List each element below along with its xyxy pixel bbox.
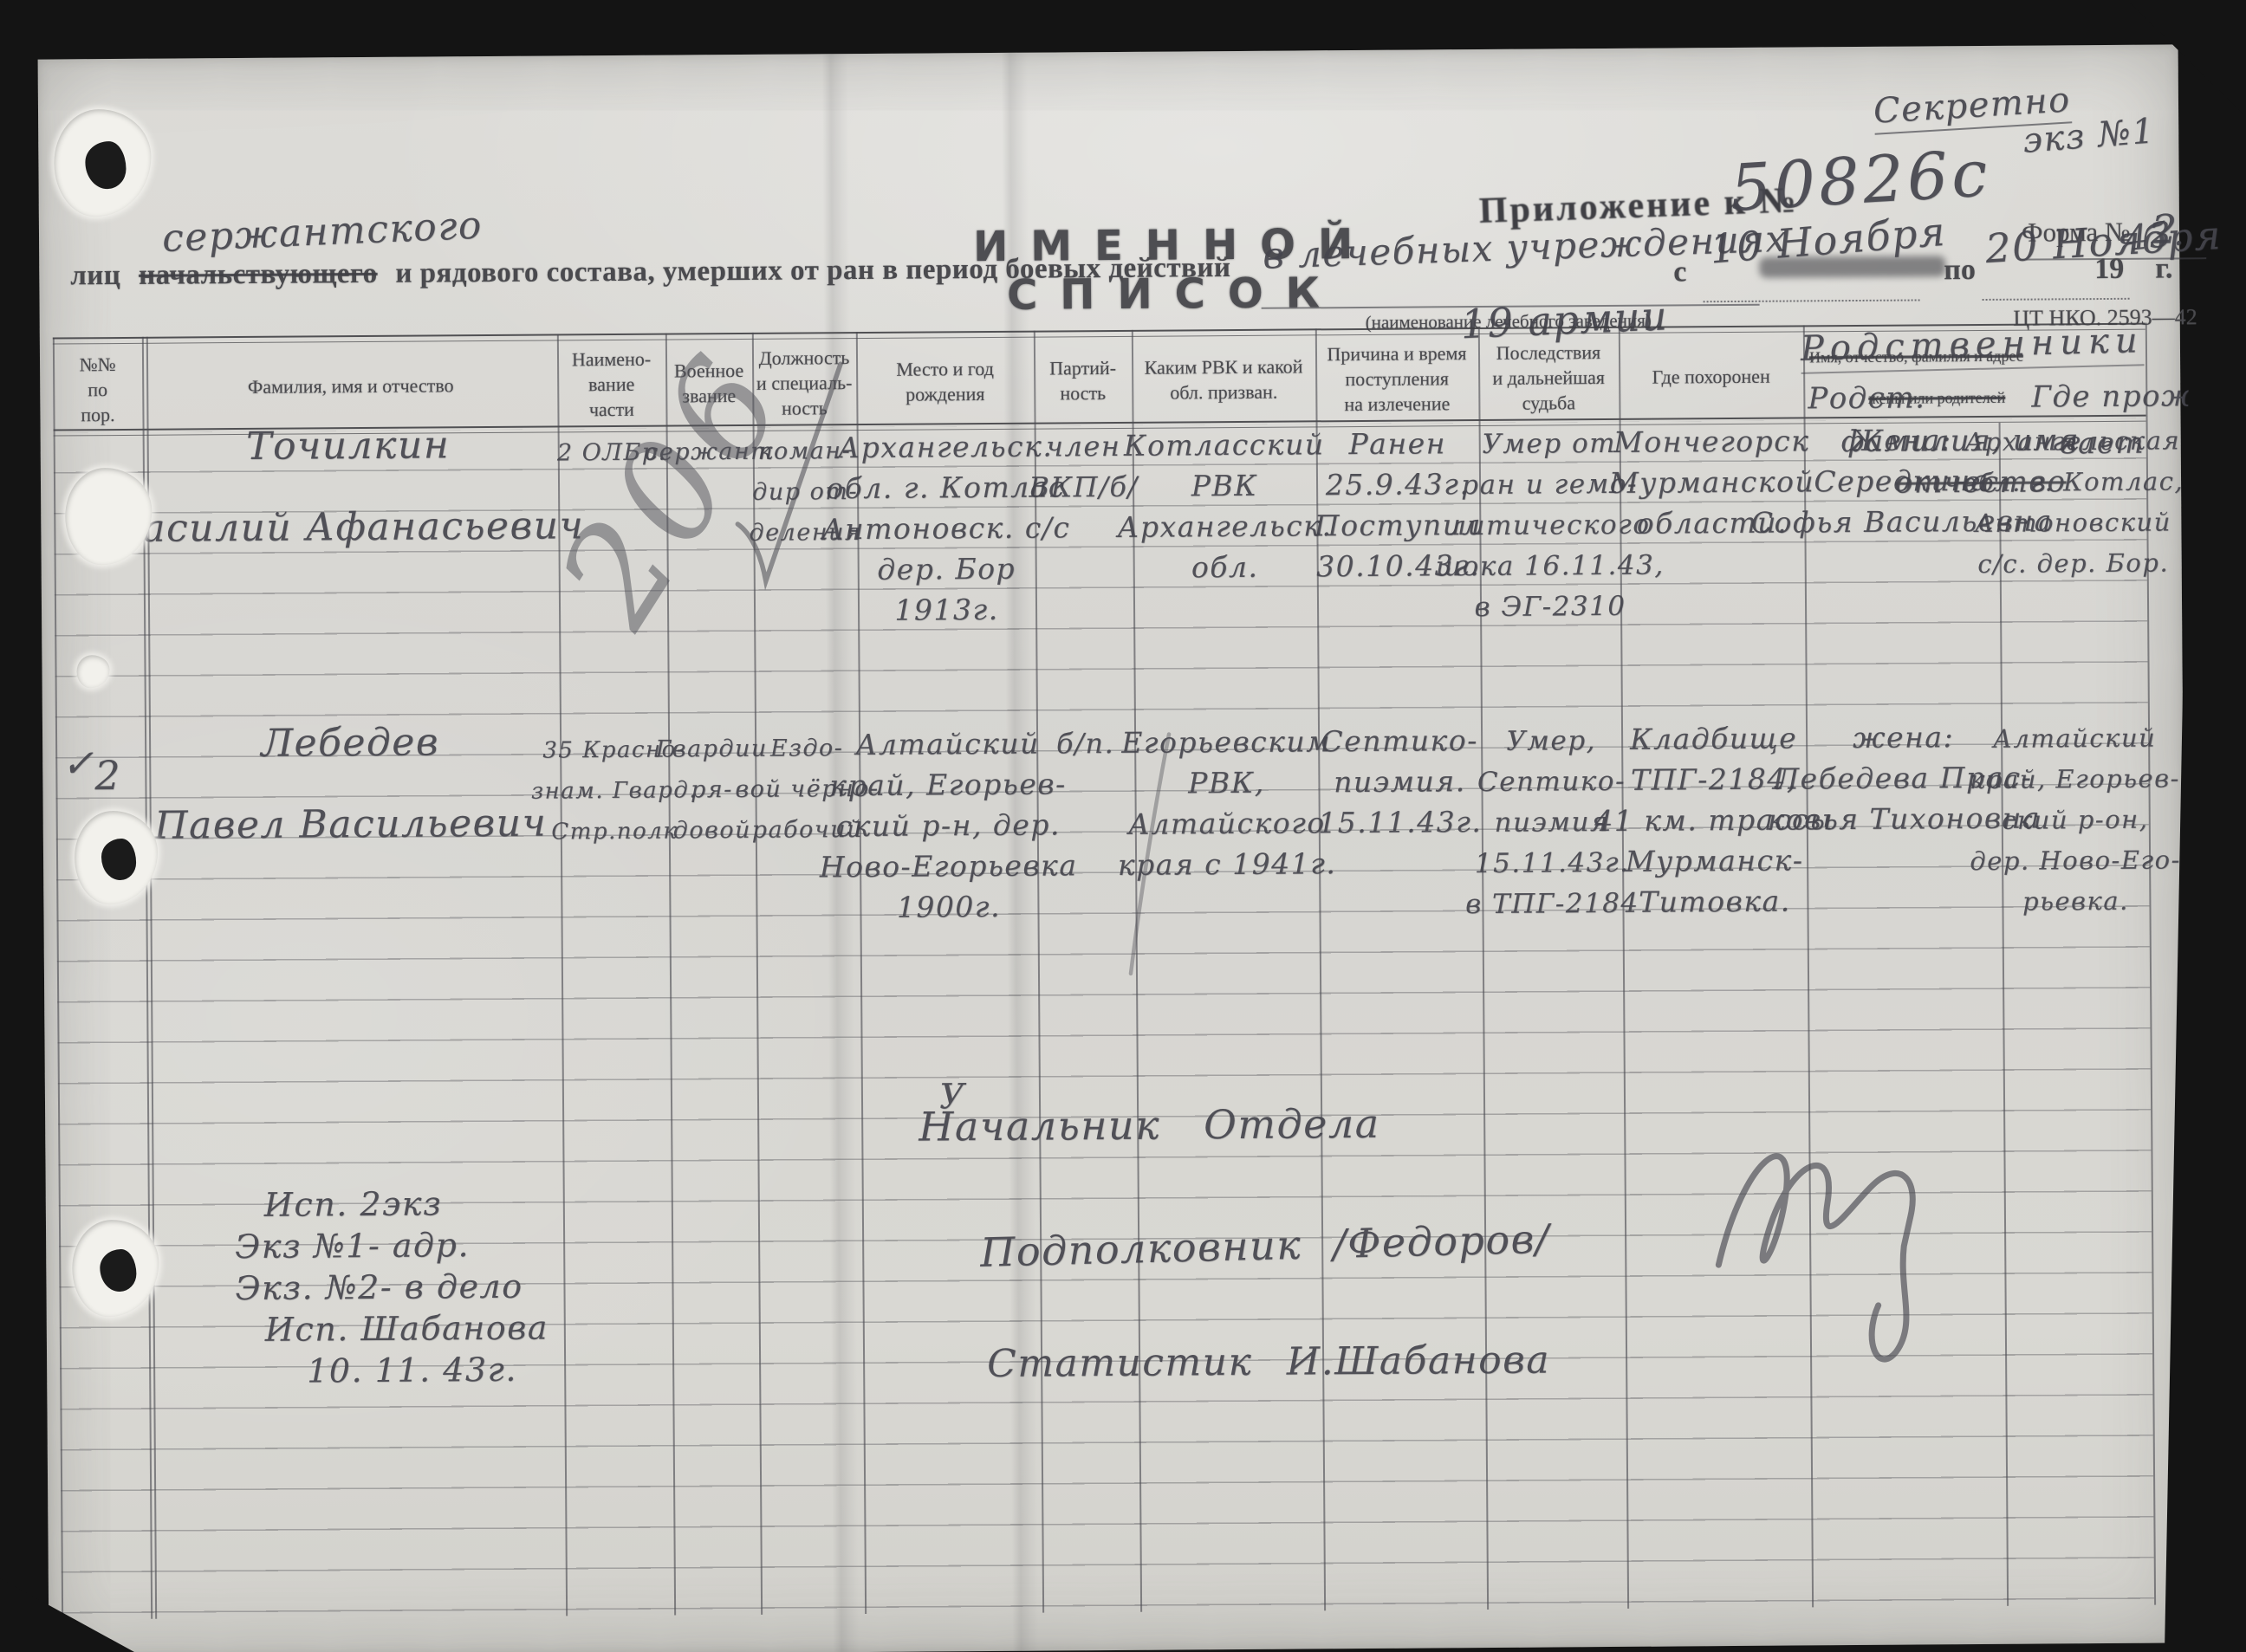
text-line: Софья Васильевна (1806, 501, 1997, 543)
subtitle-text: и рядового состава, умерших от ран в пер… (395, 252, 1230, 289)
text-line: и дальнейшая (1480, 364, 1617, 390)
text-line: Архангельск. (1134, 505, 1314, 547)
text-line: обл. призван. (1133, 379, 1314, 405)
pencil-stray-stroke (1119, 729, 1181, 980)
punch-hole-dark-center (101, 839, 137, 880)
row1-outcome-cell: Умер отран и гемо-литическогошока 16.11.… (1481, 422, 1620, 626)
header-burial: Где похоронен (1620, 334, 1802, 417)
header-cause: Причина и времяпоступленияна излечение (1317, 337, 1477, 419)
text-line: 15.11.43г. (1321, 801, 1480, 843)
subtitle-struck-word: начальствующего (139, 258, 378, 291)
text-line: 1913г. (860, 589, 1034, 631)
row2-birth-cell: Алтайскийкрай, Егорьев-ский р-н, дер.Нов… (860, 723, 1036, 928)
text-line: Антоновский (2001, 500, 2145, 541)
row2-name-cell: ЛебедевПавел Васильевич (155, 727, 546, 852)
header-birth: Место и годрождения (858, 340, 1033, 423)
header-num: №№попор. (53, 347, 143, 429)
text-line: Умер от (1481, 422, 1618, 463)
document-scan: Секретно экз №1 Приложение к № 50826с Фо… (0, 0, 2246, 1652)
text-line: Антоновск. с/с (859, 508, 1033, 549)
text-line: Архангельск. (859, 426, 1033, 468)
text-line: Стр.полк (562, 807, 667, 849)
row2-cause-cell: Септико-пиэмия.15.11.43г. (1320, 720, 1480, 843)
text-line: Умер, (1483, 719, 1620, 761)
note-copy2: Экз. №2- в дело (235, 1267, 523, 1307)
text-line: Котласский (1134, 424, 1314, 465)
text-line: Фамилия, имя и отчество (144, 372, 557, 399)
text-line: по (53, 377, 142, 403)
text-line: в ТПГ-2184 (1483, 882, 1620, 923)
punch-hole-dark-center (100, 1248, 136, 1292)
text-line: Точилкин (153, 430, 543, 473)
row2-unit-cell: 35 Красно-знам. Гвард.Стр.полк (561, 726, 667, 849)
text-line: Партий- (1035, 355, 1130, 381)
punch-hole-dark-center (85, 141, 126, 189)
text-line: рождения (858, 381, 1032, 407)
header-relatives-printed-2: жены или родителей (1868, 389, 2005, 408)
attachment-number-handwritten: 50826с (1728, 136, 1992, 226)
header-name: Фамилия, имя и отчество (144, 343, 558, 427)
text-line: обл. г. Котлас, (2001, 459, 2145, 501)
text-line: Последствия (1480, 339, 1617, 365)
text-line: в ЭГ-2310 (1482, 585, 1619, 626)
text-line: край, Егорьев- (860, 764, 1035, 806)
text-line: Титовка. (1624, 880, 1805, 922)
row1-birth-cell: Архангельск.обл. г. КотласАнтоновск. с/с… (859, 426, 1035, 631)
punch-hole-tear (54, 109, 152, 217)
text-line: рьевка. (2003, 878, 2147, 920)
text-line: 15.11.43г. (1483, 841, 1620, 883)
text-line: ский р-н, дер. (861, 805, 1035, 846)
header-relatives-handwritten: Родственники (1800, 321, 2144, 374)
text-line: Архангельская (2001, 418, 2145, 460)
text-line: пор. (53, 402, 142, 428)
text-line: РВК (1134, 464, 1314, 506)
text-line: Лебедев (155, 727, 545, 770)
header-rvk: Каким РВК и какойобл. призван. (1133, 338, 1314, 420)
text-line: член (1036, 425, 1131, 467)
text-line: Где похоронен (1620, 363, 1801, 389)
text-line: Септико- (1320, 720, 1479, 761)
text-line: довой (671, 807, 754, 848)
text-line: ВКП/б/ (1036, 466, 1131, 508)
subtitle-prefix: лиц (70, 260, 120, 291)
header-outcome: Последствияи дальнейшаясудьба (1480, 336, 1618, 418)
text-line: ран и гемо- (1481, 463, 1618, 504)
text-line: Мончегорск (1621, 420, 1802, 462)
text-line: Ездо- (756, 724, 857, 766)
text-line: Гвардии (670, 725, 753, 767)
text-line: Павел Васильевич (156, 808, 546, 852)
text-line: обл. г. Котлас (859, 467, 1033, 509)
text-line: поступления (1317, 366, 1477, 392)
row2-residence-cell: Алтайскийкрай, Егорьев-ский р-он,дер. Но… (2003, 716, 2148, 920)
pencil-checkmark-stroke (683, 353, 858, 606)
text-line: обл. (1135, 546, 1315, 587)
text-line: Септико- (1483, 760, 1620, 801)
date-from-line (1704, 297, 1920, 302)
paper-sheet: Секретно экз №1 Приложение к № 50826с Фо… (38, 44, 2190, 1652)
text-line: Каким РВК и какой (1133, 353, 1314, 379)
text-line: Причина и время (1317, 340, 1477, 366)
text-line: знам. Гвард. (561, 767, 666, 808)
text-line: Алтайский (2003, 716, 2146, 757)
date-from-label: с (1673, 256, 1686, 288)
text-line: край, Егорьев- (2003, 756, 2146, 798)
date-to-label: по (1944, 254, 1976, 287)
text-line: литического (1481, 503, 1618, 545)
text-line: Ново-Егорьевка (861, 845, 1035, 887)
text-line: ность (1035, 380, 1130, 406)
handwritten-correction: сержантского (161, 204, 484, 261)
date-to-line (1983, 296, 2130, 301)
text-line: пиэмия. (1320, 761, 1479, 802)
text-line: ский р-он, (2003, 797, 2147, 839)
note-date: 10. 11. 43г. (307, 1351, 517, 1390)
row1-party-cell: членВКП/б/ (1036, 425, 1132, 508)
text-line: Мурманской (1621, 461, 1802, 502)
header-party: Партий-ность (1035, 340, 1131, 422)
text-line: Мурманск- (1624, 839, 1805, 881)
text-line: дер. Ново-Его- (2003, 838, 2147, 879)
text-line: 25.9.43г. (1318, 463, 1477, 505)
text-line: Алтайский (860, 723, 1035, 765)
text-line: жена: (1808, 716, 1999, 759)
year-suffix: г. (2155, 252, 2172, 285)
statistician-line: Статистик И.Шабанова (987, 1338, 1550, 1386)
row2-number: 2 (94, 752, 121, 799)
year-printed: 19 (2094, 253, 2124, 286)
text-line: с/с. дер. Бор. (2002, 541, 2145, 582)
row1-rvk-cell: КотласскийРВКАрхангельск.обл. (1134, 424, 1315, 587)
ruled-guidelines (54, 418, 2155, 1624)
text-line: шока 16.11.43, (1482, 544, 1619, 586)
text-line: Кладбище (1623, 717, 1804, 759)
note-copies: Исп. 2экз (264, 1184, 443, 1223)
text-line: №№ (53, 352, 142, 378)
text-line: 35 Красно- (561, 726, 666, 768)
text-line: судьба (1480, 389, 1617, 415)
chief-title-line: Начальник Отдела (919, 1100, 1380, 1150)
row2-checkmark: ✓ (62, 742, 95, 786)
text-line: 1900г. (861, 886, 1035, 928)
text-line: на излечение (1317, 391, 1477, 417)
text-line: Место и год (858, 356, 1032, 382)
text-line: Ранен (1318, 423, 1477, 464)
text-line: дер. Бор (860, 548, 1034, 590)
note-executor: Исп. Шабанова (265, 1309, 549, 1349)
text-line: ковья Тихоновна (1808, 798, 2000, 840)
row1-residence-cell: Архангельскаяобл. г. Котлас,Антоновскийс… (2001, 418, 2145, 582)
signature-scrawl (1683, 1072, 1996, 1378)
note-copy1: Экз №1- адр. (235, 1226, 470, 1266)
